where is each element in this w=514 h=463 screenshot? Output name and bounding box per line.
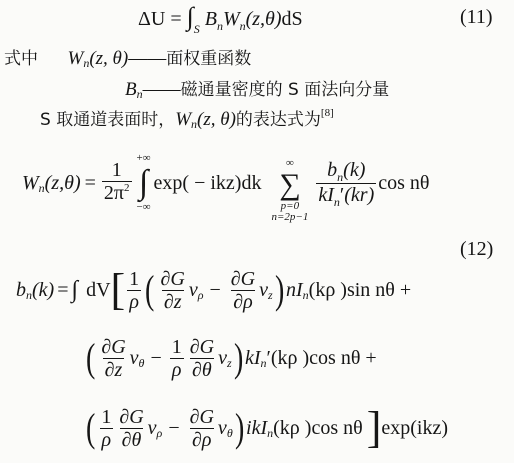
eq13-l2-v1-sub: θ bbox=[139, 356, 145, 371]
left-paren: ( bbox=[86, 348, 95, 368]
eq13-l1-frac2-den: ∂z bbox=[162, 290, 184, 313]
eq12-integral: +∞ ∫ −∞ bbox=[137, 153, 151, 213]
eq13-l2-frac2: 1ρ bbox=[170, 336, 184, 381]
eq12-sum-lower-2: n=2p−1 bbox=[271, 212, 308, 223]
eq13-l1-frac3-num: ∂G bbox=[229, 268, 257, 290]
eq11-B: B bbox=[205, 8, 217, 30]
eq13-l1-v1-sub: ρ bbox=[198, 288, 204, 303]
equation-13-line-3: ( 1ρ ∂G∂θ vρ − ∂G∂ρ vθ ) ikIn(kρ )cos nθ… bbox=[84, 400, 448, 456]
citation-8[interactable]: [8] bbox=[321, 107, 334, 119]
eq13-l1-tail-args: (kρ )sin nθ + bbox=[309, 279, 412, 302]
eq13-l1-frac3-den: ∂ρ bbox=[231, 290, 254, 313]
eq12-W: W bbox=[22, 172, 39, 195]
equation-13-line-2: ( ∂G∂z vθ − 1ρ ∂G∂θ vz ) kIn′(kρ )cos nθ… bbox=[84, 330, 377, 386]
right-bracket: ] bbox=[367, 418, 382, 438]
eq13-l2-frac3: ∂G∂θ bbox=[188, 336, 216, 381]
eq13-l2-frac1-num: ∂G bbox=[99, 336, 127, 358]
intro-line: S 取通道表面时，Wn(z, θ)的表达式为[8] bbox=[40, 105, 334, 131]
where-symbol-W: W bbox=[68, 48, 84, 69]
where-symbol-B-sub: n bbox=[137, 87, 143, 101]
equation-11: ΔU = ∫S BnWn(z,θ)dS bbox=[138, 2, 303, 32]
where-lead: 式中 bbox=[4, 49, 38, 69]
eq13-l1-tail-sub: n bbox=[303, 288, 309, 303]
eq13-l3-frac2-den: ∂θ bbox=[120, 428, 144, 451]
eq12-integrand: exp( − ikz)dk bbox=[154, 172, 262, 195]
eq12-prefactor: 1 2π2 bbox=[102, 159, 132, 207]
eq13-l3-tail-sub: n bbox=[267, 426, 273, 441]
eq13-l1-frac1: 1ρ bbox=[127, 268, 141, 313]
eq11-args: (z,θ) bbox=[246, 8, 282, 30]
eq13-l1-v1: v bbox=[189, 279, 198, 302]
eq13-l1-tail: nI bbox=[286, 279, 303, 302]
eq13-b-sub: n bbox=[26, 288, 32, 303]
eq11-W-sub: n bbox=[240, 19, 246, 33]
eq13-l2-frac3-num: ∂G bbox=[188, 336, 216, 358]
right-paren: ) bbox=[275, 280, 284, 300]
right-paren: ) bbox=[235, 418, 244, 438]
eq13-l3-tail: ikI bbox=[246, 417, 267, 440]
where-dash: —— bbox=[143, 79, 181, 100]
eq13-l1-v2-sub: z bbox=[268, 288, 273, 303]
eq13-l2-v2: v bbox=[218, 347, 227, 370]
eq11-integral: ∫ bbox=[187, 2, 194, 31]
eq13-l2-v2-sub: z bbox=[227, 356, 232, 371]
eq13-l2-frac3-den: ∂θ bbox=[190, 358, 214, 381]
right-paren: ) bbox=[234, 348, 243, 368]
intro-symbol-W: W bbox=[175, 109, 191, 130]
eq13-l3-exp: exp(ikz) bbox=[381, 417, 448, 440]
eq12-prefactor-den: 2π2 bbox=[102, 181, 132, 207]
where-symbol-B: B bbox=[125, 79, 137, 100]
eq12-sum-frac-den: kIn′(kr) bbox=[316, 183, 376, 208]
eq13-l3-v1-sub: ρ bbox=[157, 426, 163, 441]
intro-symbol-args: (z, θ) bbox=[197, 109, 236, 130]
eq11-ds: dS bbox=[282, 8, 303, 30]
eq12-args: (z,θ) bbox=[45, 172, 81, 195]
eq13-l3-frac1-num: 1 bbox=[99, 406, 113, 428]
where-symbol-W-sub: n bbox=[83, 56, 89, 70]
where-symbol-W-args: (z, θ) bbox=[89, 48, 128, 69]
eq12-int-sign: ∫ bbox=[139, 164, 148, 202]
eq11-W: W bbox=[223, 8, 240, 30]
eq13-l2-tail-sub: n bbox=[261, 356, 267, 371]
intro-symbol-W-sub: n bbox=[191, 117, 197, 131]
eq13-l2-frac1: ∂G∂z bbox=[99, 336, 127, 381]
eq13-l3-tail-args: (kρ )cos nθ bbox=[273, 417, 363, 440]
eq13-l3-v2: v bbox=[218, 417, 227, 440]
left-bracket: [ bbox=[111, 280, 126, 300]
eq13-l2-frac2-den: ρ bbox=[170, 358, 184, 381]
eq13-l1-frac3: ∂G∂ρ bbox=[229, 268, 257, 313]
eq12-int-upper: +∞ bbox=[137, 153, 151, 164]
equation-12-number: (12) bbox=[460, 238, 493, 261]
where-desc-B: 磁通量密度的 S 面法向分量 bbox=[181, 80, 390, 100]
where-line-2: Bn——磁通量密度的 S 面法向分量 bbox=[125, 75, 389, 101]
eq11-integral-domain: S bbox=[194, 22, 200, 36]
eq13-l1-minus: − bbox=[209, 279, 220, 302]
eq13-l3-frac3-den: ∂ρ bbox=[190, 428, 213, 451]
eq13-l2-frac2-num: 1 bbox=[170, 336, 184, 358]
eq12-den-text: 2π bbox=[104, 182, 124, 204]
intro-text-after: 的表达式为 bbox=[236, 110, 321, 130]
where-line-1: 式中 Wn(z, θ)——面权重函数 bbox=[4, 44, 251, 70]
eq13-l2-frac1-den: ∂z bbox=[103, 358, 125, 381]
eq11-lhs: ΔU bbox=[138, 8, 165, 30]
eq13-l2-tail: kI bbox=[245, 347, 261, 370]
eq12-sum-fraction: bn(k) kIn′(kr) bbox=[316, 159, 376, 208]
eq13-l3-frac2-num: ∂G bbox=[117, 406, 145, 428]
eq13-l3-frac3: ∂G∂ρ bbox=[188, 406, 216, 451]
eq13-l1-frac1-den: ρ bbox=[127, 290, 141, 313]
eq13-l3-frac3-num: ∂G bbox=[188, 406, 216, 428]
eq13-equals: = bbox=[57, 279, 68, 302]
eq12-int-lower: −∞ bbox=[137, 202, 151, 213]
eq12-sum-sign: ∑ bbox=[279, 169, 300, 201]
equation-11-number: (11) bbox=[460, 6, 493, 29]
where-dash: —— bbox=[128, 48, 166, 69]
eq12-kI-args: (kr) bbox=[344, 184, 374, 206]
eq13-integral: ∫ bbox=[71, 277, 78, 304]
eq13-l1-frac2: ∂G∂z bbox=[159, 268, 187, 313]
eq13-b-args: (k) bbox=[32, 279, 54, 302]
eq12-b: b bbox=[327, 159, 337, 181]
eq13-l3-frac1: 1ρ bbox=[99, 406, 113, 451]
eq12-prefactor-num: 1 bbox=[110, 159, 124, 181]
eq13-l2-v1: v bbox=[130, 347, 139, 370]
eq12-b-sub: n bbox=[337, 170, 343, 184]
eq13-l3-minus: − bbox=[168, 417, 179, 440]
left-paren: ( bbox=[145, 280, 154, 300]
eq12-sum-upper: ∞ bbox=[286, 158, 294, 169]
eq12-sum-frac-num: bn(k) bbox=[325, 159, 367, 183]
eq13-l1-frac2-num: ∂G bbox=[159, 268, 187, 290]
eq13-b: b bbox=[16, 279, 26, 302]
equation-13-line-1: bn(k) = ∫ dV [ 1ρ ( ∂G∂z vρ − ∂G∂ρ vz ) … bbox=[16, 262, 411, 318]
eq13-l3-frac1-den: ρ bbox=[100, 428, 114, 451]
eq12-W-sub: n bbox=[39, 181, 45, 196]
eq12-kI: kI bbox=[318, 184, 334, 206]
eq12-equals: = bbox=[85, 172, 96, 195]
eq13-dv: dV bbox=[86, 279, 110, 302]
eq13-l3-v2-sub: θ bbox=[227, 426, 233, 441]
eq12-kI-sub: n bbox=[334, 195, 340, 209]
eq12-sum-lower-1: p=0 bbox=[281, 201, 299, 212]
where-desc-W: 面权重函数 bbox=[166, 49, 251, 69]
eq12-b-args: (k) bbox=[343, 159, 365, 181]
eq13-l3-frac2: ∂G∂θ bbox=[117, 406, 145, 451]
eq11-B-sub: n bbox=[217, 19, 223, 33]
eq12-tail: cos nθ bbox=[378, 172, 429, 195]
equation-12: Wn(z,θ) = 1 2π2 +∞ ∫ −∞ exp( − ikz)dk ∞ … bbox=[22, 138, 429, 228]
eq13-l2-minus: − bbox=[150, 347, 161, 370]
eq13-l1-frac1-num: 1 bbox=[127, 268, 141, 290]
eq13-l1-v2: v bbox=[259, 279, 268, 302]
eq11-equals: = bbox=[170, 8, 181, 30]
eq12-den-sup: 2 bbox=[124, 182, 130, 194]
left-paren: ( bbox=[86, 418, 95, 438]
eq13-l3-v1: v bbox=[148, 417, 157, 440]
eq13-l2-tail-args: (kρ )cos nθ + bbox=[271, 347, 377, 370]
eq12-sum: ∞ ∑ p=0 n=2p−1 bbox=[271, 158, 308, 223]
intro-text-before: S 取通道表面时， bbox=[40, 110, 175, 130]
